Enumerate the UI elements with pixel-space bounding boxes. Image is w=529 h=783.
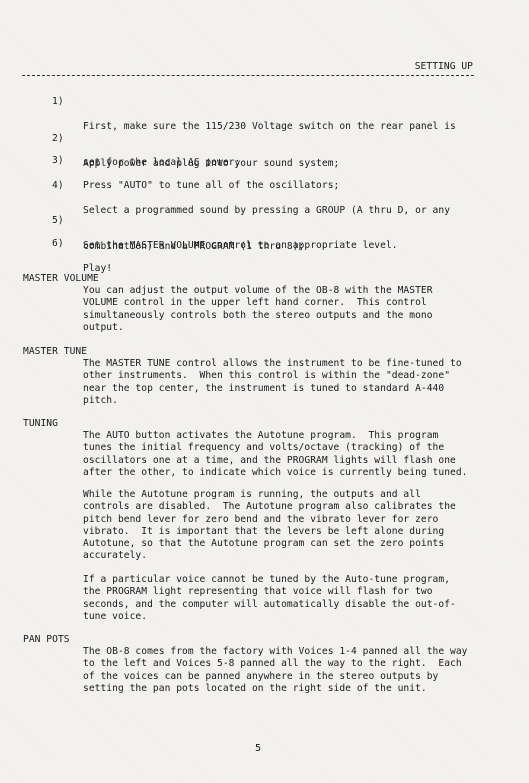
step-number: 6)	[52, 238, 64, 250]
section-paragraph: The AUTO button activates the Autotune p…	[83, 430, 468, 479]
step-number: 1)	[52, 96, 64, 108]
section-heading-tuning: TUNING	[23, 418, 58, 430]
step-number: 3)	[52, 155, 64, 167]
manual-page: SETTING UP 1) First, make sure the 115/2…	[0, 0, 529, 783]
step-number: 2)	[52, 133, 64, 145]
header-divider	[22, 75, 474, 76]
section-paragraph: While the Autotune program is running, t…	[83, 489, 456, 563]
step-number: 4)	[52, 180, 64, 192]
running-header: SETTING UP	[415, 61, 473, 73]
step-number: 5)	[52, 215, 64, 227]
section-paragraph: You can adjust the output volume of the …	[83, 285, 433, 334]
page-number: 5	[255, 743, 261, 754]
section-paragraph: If a particular voice cannot be tuned by…	[83, 574, 456, 623]
section-paragraph: The MASTER TUNE control allows the instr…	[83, 358, 462, 407]
section-heading-master-tune: MASTER TUNE	[23, 346, 87, 358]
section-heading-master-volume: MASTER VOLUME	[23, 273, 99, 285]
section-paragraph: The OB-8 comes from the factory with Voi…	[83, 646, 468, 695]
step-text-line: Set the MASTER VOLUME control to an appr…	[83, 240, 398, 252]
section-heading-pan-pots: PAN POTS	[23, 634, 70, 646]
step-text-line: First, make sure the 115/230 Voltage swi…	[83, 121, 456, 133]
